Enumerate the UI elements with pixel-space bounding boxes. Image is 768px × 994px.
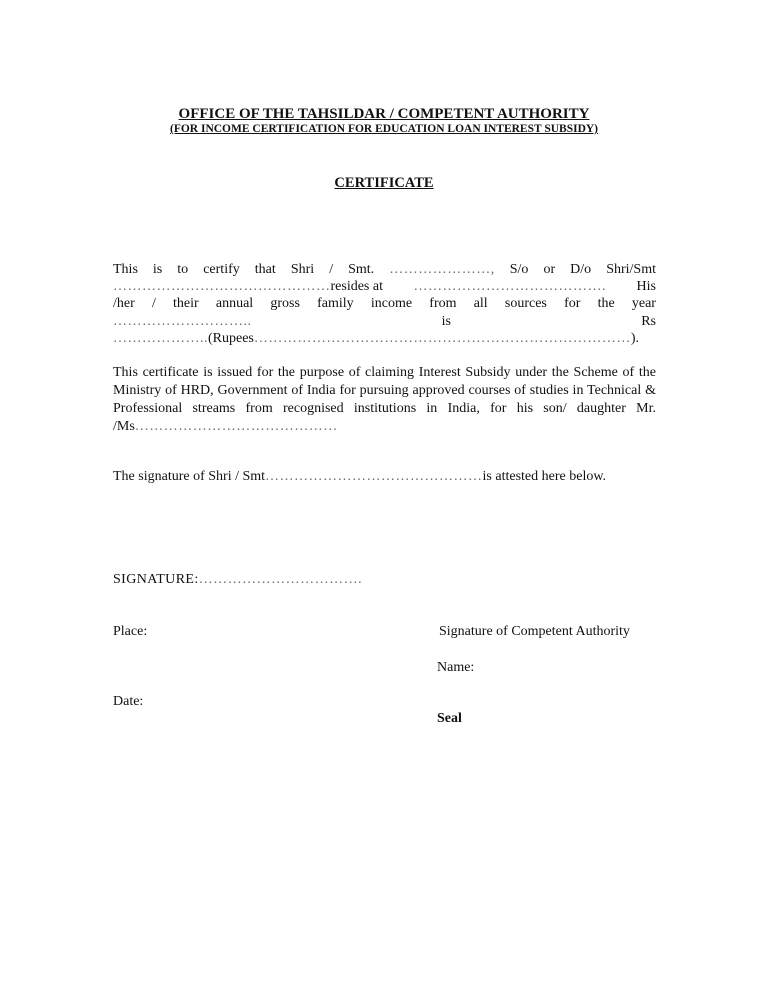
subtitle: (FOR INCOME CERTIFICATION FOR EDUCATION …	[0, 123, 768, 135]
word: Shri/Smt	[606, 261, 656, 278]
word: Rs	[641, 313, 656, 330]
certify-line-4: ………………………..isRs	[113, 313, 656, 330]
date-label: Date:	[113, 694, 143, 710]
word: income	[371, 295, 412, 312]
certify-line-5: ………………..(Rupees……………………………………………………………………	[113, 330, 656, 347]
document-title: CERTIFICATE	[0, 175, 768, 192]
word: D/o	[570, 261, 591, 278]
word: …………………,	[389, 261, 495, 278]
word: or	[543, 261, 555, 278]
certify-line-2: ………………………………………resides at ………………………………….…	[113, 278, 656, 295]
word: all	[474, 295, 488, 312]
word: their	[173, 295, 199, 312]
word: that	[255, 261, 276, 278]
word: the	[598, 295, 615, 312]
blank-signature-field: …………………………….	[199, 572, 363, 587]
blank-signatory-field: ………………………………………	[265, 469, 483, 484]
word: Shri	[291, 261, 314, 278]
word: /her	[113, 295, 135, 312]
blank-amount-field: ………………..	[113, 330, 208, 347]
word: annual	[216, 295, 253, 312]
word: sources	[505, 295, 547, 312]
office-title: OFFICE OF THE TAHSILDAR / COMPETENT AUTH…	[0, 106, 768, 123]
word: S/o	[510, 261, 529, 278]
word: Smt.	[348, 261, 374, 278]
certify-line-1: ThisistocertifythatShri/Smt.…………………,S/oo…	[113, 261, 656, 278]
competent-authority-label: Signature of Competent Authority	[439, 624, 630, 640]
signature-line: SIGNATURE:…………………………….	[113, 572, 362, 588]
attestation-line: The signature of Shri / Smt……………………………………	[113, 468, 656, 485]
word: for	[564, 295, 580, 312]
word: from	[429, 295, 456, 312]
blank-name-field: ………………………………………	[113, 279, 331, 294]
seal-label: Seal	[437, 711, 462, 727]
word: is	[153, 261, 162, 278]
word: to	[177, 261, 188, 278]
word: year	[632, 295, 656, 312]
blank-rupees-words-field: ……………………………………………………………………	[254, 330, 631, 347]
certify-paragraph: ThisistocertifythatShri/Smt.…………………,S/oo…	[113, 261, 656, 347]
purpose-paragraph: This certificate is issued for the purpo…	[113, 364, 656, 436]
blank-address-field: ………………………………….	[414, 278, 607, 295]
word: gross	[270, 295, 300, 312]
blank-student-name-field: ……………………………………	[135, 419, 338, 434]
name-label: Name:	[437, 660, 474, 676]
word: family	[317, 295, 354, 312]
word: is	[442, 313, 451, 330]
certify-line-3: /her/theirannualgrossfamilyincomefromall…	[113, 295, 656, 312]
word: /	[329, 261, 333, 278]
place-label: Place:	[113, 624, 147, 640]
word: This	[113, 261, 138, 278]
word: certify	[203, 261, 240, 278]
word: /	[152, 295, 156, 312]
word: ………………………..	[113, 313, 252, 330]
